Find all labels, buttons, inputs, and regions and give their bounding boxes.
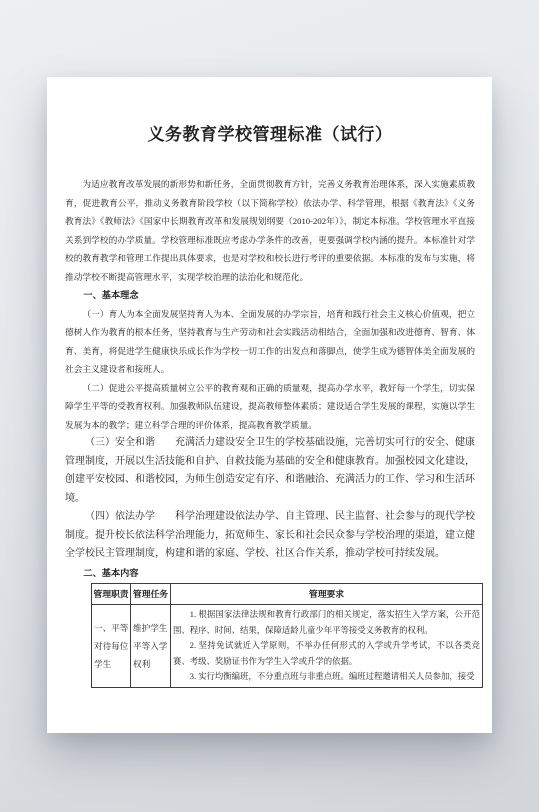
col-header-task: 管理任务 (131, 584, 171, 605)
intro-paragraph: 为适应教育改革发展的新形势和新任务，全面贯彻教育方针，完善义务教育治理体系，深入… (65, 175, 475, 286)
document-title: 义务教育学校管理标准（试行） (65, 123, 475, 147)
requirements-cell: 1. 根据国家法律法规和教育行政部门的相关规定，落实招生入学方案，公开范围、程序… (171, 605, 483, 688)
concept-paragraph-1: （一）育人为本全面发展坚持育人为本、全面发展的办学宗旨，培育和践行社会主义核心价… (65, 305, 475, 379)
col-header-requirement: 管理要求 (171, 584, 483, 605)
requirement-item-1: 1. 根据国家法律法规和教育行政部门的相关规定，落实招生入学方案，公开范围、程序… (173, 607, 480, 638)
table-row: 一、平等对待每位学生 维护学生平等入学权利 1. 根据国家法律法规和教育行政部门… (92, 605, 483, 688)
task-cell: 维护学生平等入学权利 (131, 605, 171, 688)
backdrop: 义务教育学校管理标准（试行） 为适应教育改革发展的新形势和新任务，全面贯彻教育方… (0, 0, 539, 812)
section-heading-basic-content: 二、基本内容 (65, 564, 475, 583)
concept-paragraph-2: （二）促进公平提高质量树立公平的教育观和正确的质量观，提高办学水平，教好每一个学… (65, 379, 475, 435)
requirement-item-2: 2. 坚持免试就近入学原则，不举办任何形式的入学或升学考试，不以各类竞赛、考级、… (173, 638, 480, 669)
col-header-duty: 管理职责 (92, 584, 131, 605)
document-page: 义务教育学校管理标准（试行） 为适应教育改革发展的新形势和新任务，全面贯彻教育方… (47, 77, 492, 733)
concept-paragraph-3: （三）安全和谐 充满活力建设安全卫生的学校基础设施，完善切实可行的安全、健康管理… (65, 434, 475, 508)
duty-cell: 一、平等对待每位学生 (92, 605, 131, 688)
concept-paragraph-4: （四）依法办学 科学治理建设依法办学、自主管理、民主监督、社会参与的现代学校制度… (65, 508, 475, 564)
table-header-row: 管理职责 管理任务 管理要求 (92, 584, 483, 605)
section-heading-basic-concepts: 一、基本理念 (65, 286, 475, 305)
requirement-item-3: 3. 实行均衡编班，不分重点班与非重点班。编班过程邀请相关人员参加，接受 (173, 669, 480, 685)
management-standards-table: 管理职责 管理任务 管理要求 一、平等对待每位学生 维护学生平等入学权利 1. … (91, 583, 483, 688)
